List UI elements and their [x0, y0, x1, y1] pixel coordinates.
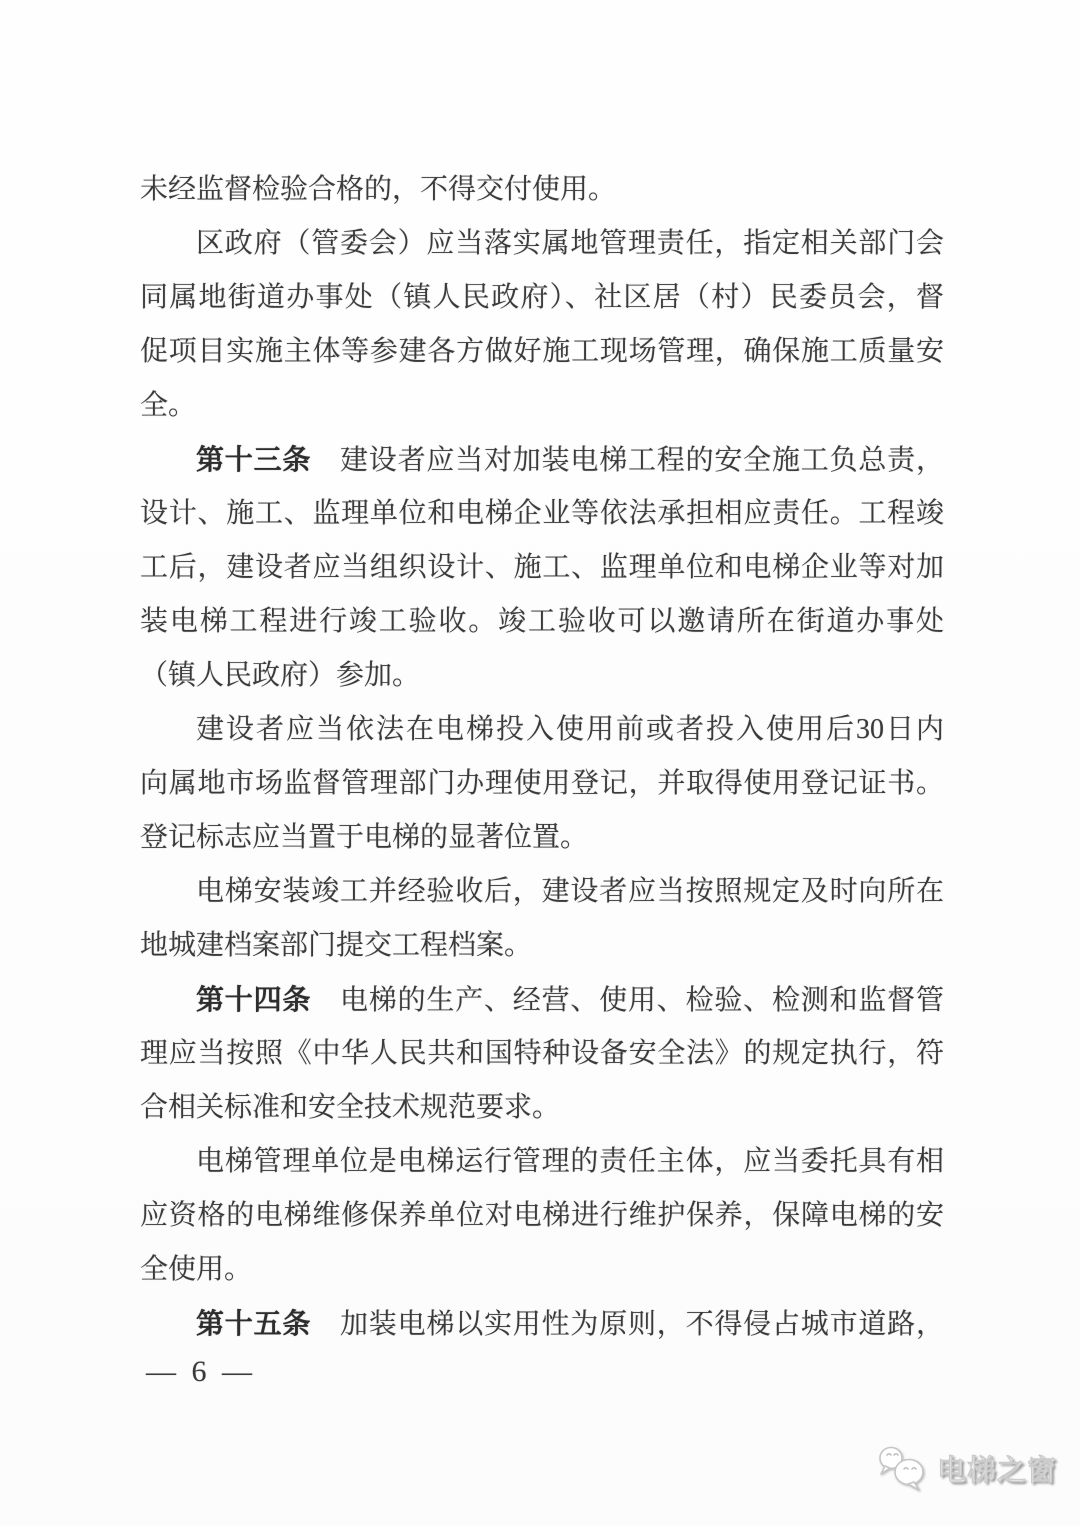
watermark-label: 电梯之窗	[937, 1448, 1057, 1489]
document-line: 合相关标准和安全技术规范要求。	[140, 1081, 944, 1135]
article-line: 第十三条 建设者应当对加装电梯工程的安全施工负总责，	[140, 433, 944, 487]
article-line: 第十四条 电梯的生产、经营、使用、检验、检测和监督管	[140, 973, 944, 1027]
article-line: 第十五条 加装电梯以实用性为原则，不得侵占城市道路，	[140, 1297, 944, 1351]
document-line: 未经监督检验合格的，不得交付使用。	[140, 163, 944, 217]
article-number: 第十五条	[196, 1308, 311, 1339]
document-line: 电梯安装竣工并经验收后，建设者应当按照规定及时向所在	[140, 865, 944, 919]
document-line: 区政府（管委会）应当落实属地管理责任，指定相关部门会	[140, 217, 944, 271]
document-line: 同属地街道办事处（镇人民政府）、社区居（村）民委员会，督	[140, 271, 944, 325]
document-line: 全使用。	[140, 1243, 944, 1297]
document-page: 未经监督检验合格的，不得交付使用。区政府（管委会）应当落实属地管理责任，指定相关…	[0, 0, 1080, 1526]
document-line: 电梯管理单位是电梯运行管理的责任主体，应当委托具有相	[140, 1135, 944, 1189]
article-number: 第十三条	[196, 444, 311, 475]
document-line: 促项目实施主体等参建各方做好施工现场管理，确保施工质量安	[140, 325, 944, 379]
document-line: （镇人民政府）参加。	[140, 649, 944, 703]
document-line: 建设者应当依法在电梯投入使用前或者投入使用后30日内	[140, 703, 944, 757]
wechat-chat-bubbles-icon	[876, 1444, 930, 1492]
page-number: — 6 —	[146, 1350, 256, 1394]
document-line: 向属地市场监督管理部门办理使用登记，并取得使用登记证书。	[140, 757, 944, 811]
document-line: 全。	[140, 379, 944, 433]
watermark: 电梯之窗	[876, 1444, 1057, 1492]
document-line: 登记标志应当置于电梯的显著位置。	[140, 811, 944, 865]
document-body: 未经监督检验合格的，不得交付使用。区政府（管委会）应当落实属地管理责任，指定相关…	[140, 163, 944, 1351]
document-line: 装电梯工程进行竣工验收。竣工验收可以邀请所在街道办事处	[140, 595, 944, 649]
document-line: 理应当按照《中华人民共和国特种设备安全法》的规定执行，符	[140, 1027, 944, 1081]
document-line: 工后，建设者应当组织设计、施工、监理单位和电梯企业等对加	[140, 541, 944, 595]
document-line: 设计、施工、监理单位和电梯企业等依法承担相应责任。工程竣	[140, 487, 944, 541]
document-line: 地城建档案部门提交工程档案。	[140, 919, 944, 973]
document-line: 应资格的电梯维修保养单位对电梯进行维护保养，保障电梯的安	[140, 1189, 944, 1243]
article-number: 第十四条	[196, 984, 311, 1015]
